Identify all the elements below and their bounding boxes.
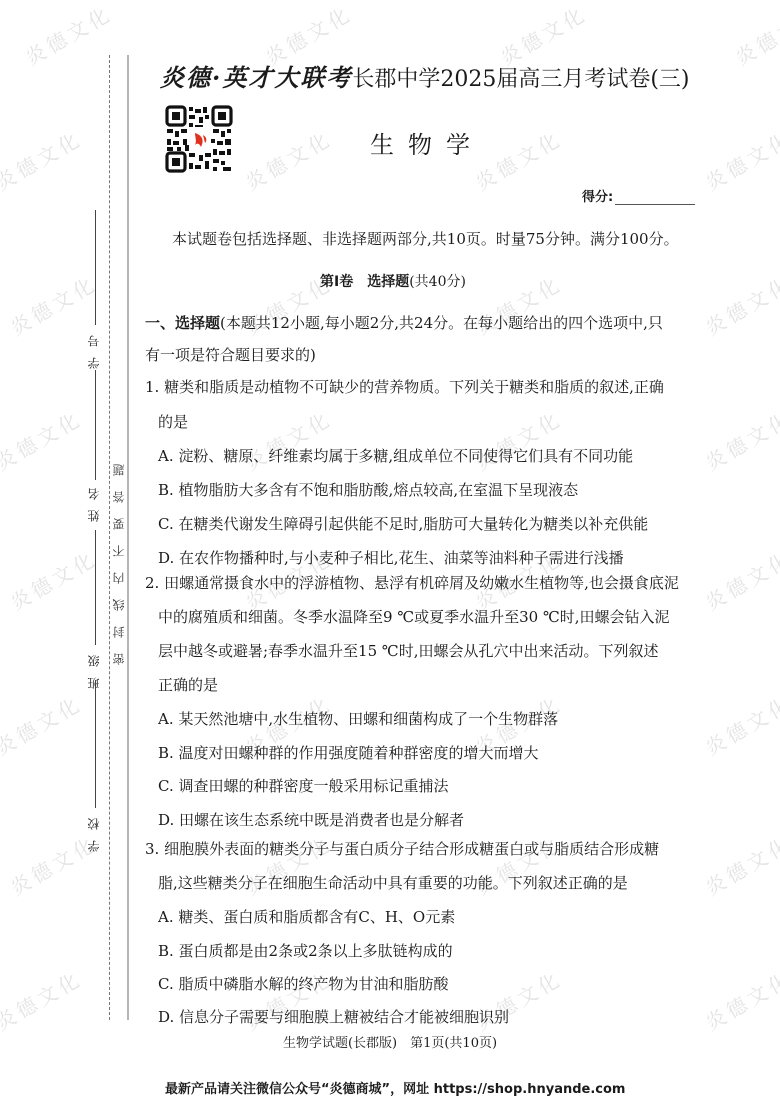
option-b[interactable]: B. 蛋白质都是由2条或2条以上多肽链构成的 (158, 940, 453, 962)
score-label: 得分: (582, 190, 613, 205)
option-c[interactable]: C. 调查田螺的种群密度一般采用标记重捕法 (158, 775, 448, 797)
brand-name: 炎德·英才大联考 (160, 63, 352, 92)
student-id-field[interactable]: 学号 (84, 210, 104, 370)
student-name-line (95, 370, 96, 480)
subject-title: 生物学 (370, 125, 484, 160)
option-a[interactable]: A. 糖类、蛋白质和脂质都含有C、H、O元素 (158, 906, 455, 928)
seal-notice: 密封线内不要答题 (110, 380, 128, 665)
part-one-title-bold: 第Ⅰ卷 选择题 (320, 274, 409, 290)
watermark: 炎德文化 (699, 123, 780, 196)
question-stem: 3. 细胞膜外表面的糖类分子与蛋白质分子结合形成糖蛋白或与脂质结合形成糖 (145, 838, 659, 860)
watermark: 炎德文化 (699, 963, 780, 1036)
part-one-title: 第Ⅰ卷 选择题(共40分) (320, 271, 466, 291)
student-name-label: 姓名 (84, 475, 104, 525)
student-name-field[interactable]: 姓名 (84, 370, 104, 530)
score-blank[interactable] (615, 190, 695, 205)
watermark: 炎德文化 (19, 0, 117, 71)
watermark: 炎德文化 (699, 268, 780, 341)
question-stem: 正确的是 (158, 674, 218, 696)
question-stem: 层中越冬或避暑;春季水温升至15 ℃时,田螺会从孔穴中出来活动。下列叙述 (158, 640, 658, 662)
option-a[interactable]: A. 淀粉、糖原、纤维素均属于多糖,组成单位不同使得它们具有不同功能 (158, 445, 633, 467)
option-c[interactable]: C. 在糖类代谢发生障碍引起供能不足时,脂肪可大量转化为糖类以补充供能 (158, 513, 648, 535)
class-field[interactable]: 班级 (84, 530, 104, 695)
watermark: 炎德文化 (699, 403, 780, 476)
school-field[interactable]: 学校 (84, 680, 104, 850)
exam-title: 炎德·英才大联考长郡中学2025届高三月考试卷(三) (160, 58, 740, 93)
school-label: 学校 (84, 805, 104, 855)
option-b[interactable]: B. 植物脂肪大多含有不饱和脂肪酸,熔点较高,在室温下呈现液态 (158, 479, 578, 501)
option-b[interactable]: B. 温度对田螺种群的作用强度随着种群密度的增大而增大 (158, 742, 539, 764)
promo-banner[interactable]: 最新产品请关注微信公众号“炎德商城”，网址 https://shop.hnyan… (165, 1078, 625, 1097)
score-field[interactable]: 得分: (582, 186, 695, 205)
option-d[interactable]: D. 在农作物播种时,与小麦种子相比,花生、油菜等油料种子需进行浅播 (158, 547, 624, 569)
watermark: 炎德文化 (699, 688, 780, 761)
class-line (95, 530, 96, 645)
option-d[interactable]: D. 信息分子需要与细胞膜上糖被结合才能被细胞识别 (158, 1006, 509, 1028)
section-heading-bold: 一、选择题 (145, 314, 220, 332)
watermark: 炎德文化 (239, 123, 337, 196)
watermark: 炎德文化 (699, 543, 780, 616)
watermark: 炎德文化 (0, 688, 87, 761)
section-heading-text: (本题共12小题,每小题2分,共24分。在每小题给出的四个选项中,只 (220, 314, 663, 332)
exam-name: 长郡中学2025届高三月考试卷(三) (352, 67, 689, 92)
student-id-line (95, 210, 96, 325)
qr-code-icon[interactable] (165, 105, 233, 173)
watermark: 炎德文化 (699, 828, 780, 901)
school-line (95, 680, 96, 808)
question-stem: 1. 糖类和脂质是动植物不可缺少的营养物质。下列关于糖类和脂质的叙述,正确 (145, 376, 664, 398)
question-stem: 的是 (158, 411, 188, 433)
question-stem: 2. 田螺通常摄食水中的浮游植物、悬浮有机碎屑及幼嫩水生植物等,也会摄食底泥 (145, 572, 679, 594)
section-heading: 一、选择题(本题共12小题,每小题2分,共24分。在每小题给出的四个选项中,只 (145, 312, 663, 334)
question-stem: 中的腐殖质和细菌。冬季水温降至9 ℃或夏季水温升至30 ℃时,田螺会钻入泥 (158, 606, 670, 628)
question-stem: 脂,这些糖类分子在细胞生命活动中具有重要的功能。下列叙述正确的是 (158, 872, 628, 894)
option-d[interactable]: D. 田螺在该生态系统中既是消费者也是分解者 (158, 809, 464, 831)
section-heading-cont: 有一项是符合题目要求的) (145, 344, 316, 366)
option-a[interactable]: A. 某天然池塘中,水生植物、田螺和细菌构成了一个生物群落 (158, 708, 558, 730)
option-c[interactable]: C. 脂质中磷脂水解的终产物为甘油和脂肪酸 (158, 973, 448, 995)
student-id-label: 学号 (84, 322, 104, 372)
page-footer: 生物学试题(长郡版) 第1页(共10页) (0, 1032, 780, 1051)
watermark: 炎德文化 (0, 123, 87, 196)
watermark: 炎德文化 (0, 403, 87, 476)
part-one-score: (共40分) (409, 274, 466, 290)
exam-instructions: 本试题卷包括选择题、非选择题两部分,共10页。时量75分钟。满分100分。 (172, 228, 679, 249)
watermark: 炎德文化 (0, 963, 87, 1036)
